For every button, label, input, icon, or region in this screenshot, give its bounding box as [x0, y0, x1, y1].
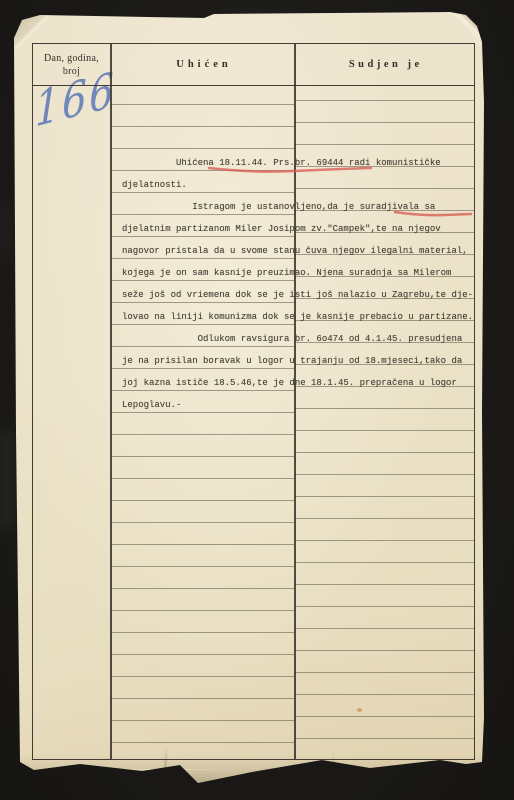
header-cell-day-year-number: Dan, godina, broj [33, 44, 110, 85]
paper-dog-ear-top-right [434, 12, 486, 46]
typed-text-line: joj kazna ističe 18.5.46,te je dne 18.1.… [122, 372, 473, 394]
column-divider-2 [294, 44, 296, 759]
typed-text-line: lovao na liniji komunizma dok se je kasn… [122, 306, 473, 328]
header-label-line1: Dan, godina, [44, 53, 99, 66]
typed-text-line: kojega je on sam kasnije preuzimao. Njen… [122, 262, 473, 284]
scanned-document-background: Dan, godina, broj Uhićen Sudjen je 166 U… [0, 0, 514, 800]
header-label-line2: broj [63, 66, 80, 79]
typed-entry-text: Uhićena 18.11.44. Prs.br. 69444 radi kom… [122, 86, 473, 416]
paper-crease [44, 769, 444, 771]
paper-sheet: Dan, godina, broj Uhićen Sudjen je 166 U… [14, 12, 486, 784]
typed-text-line: djelatnosti. [122, 174, 473, 196]
column-divider-1 [110, 44, 112, 759]
table-header-row: Dan, godina, broj Uhićen Sudjen je [33, 44, 474, 86]
typed-text-line: je na prisilan boravak u logor u trajanj… [122, 350, 473, 372]
record-table: Dan, godina, broj Uhićen Sudjen je 166 U… [32, 43, 475, 760]
scanner-smudge [2, 200, 10, 260]
typed-text-line: seže još od vriemena dok se je isti još … [122, 284, 473, 306]
header-cell-tried: Sudjen je [294, 44, 474, 85]
header-cell-arrested: Uhićen [110, 44, 294, 85]
typed-text-line: Istragom je ustanovljeno,da je suradjiva… [122, 196, 473, 218]
typed-text-line: Uhićena 18.11.44. Prs.br. 69444 radi kom… [122, 152, 473, 174]
typed-text-line: djelatnim partizanom Miler Josipom zv."C… [122, 218, 473, 240]
typed-text-line: Odlukom ravsigura br. 6o474 od 4.1.45. p… [122, 328, 473, 350]
scanner-smudge [0, 430, 12, 530]
typed-text-line: nagovor pristala da u svome stanu čuva n… [122, 240, 473, 262]
typed-text-line: Lepoglavu.- [122, 394, 473, 416]
